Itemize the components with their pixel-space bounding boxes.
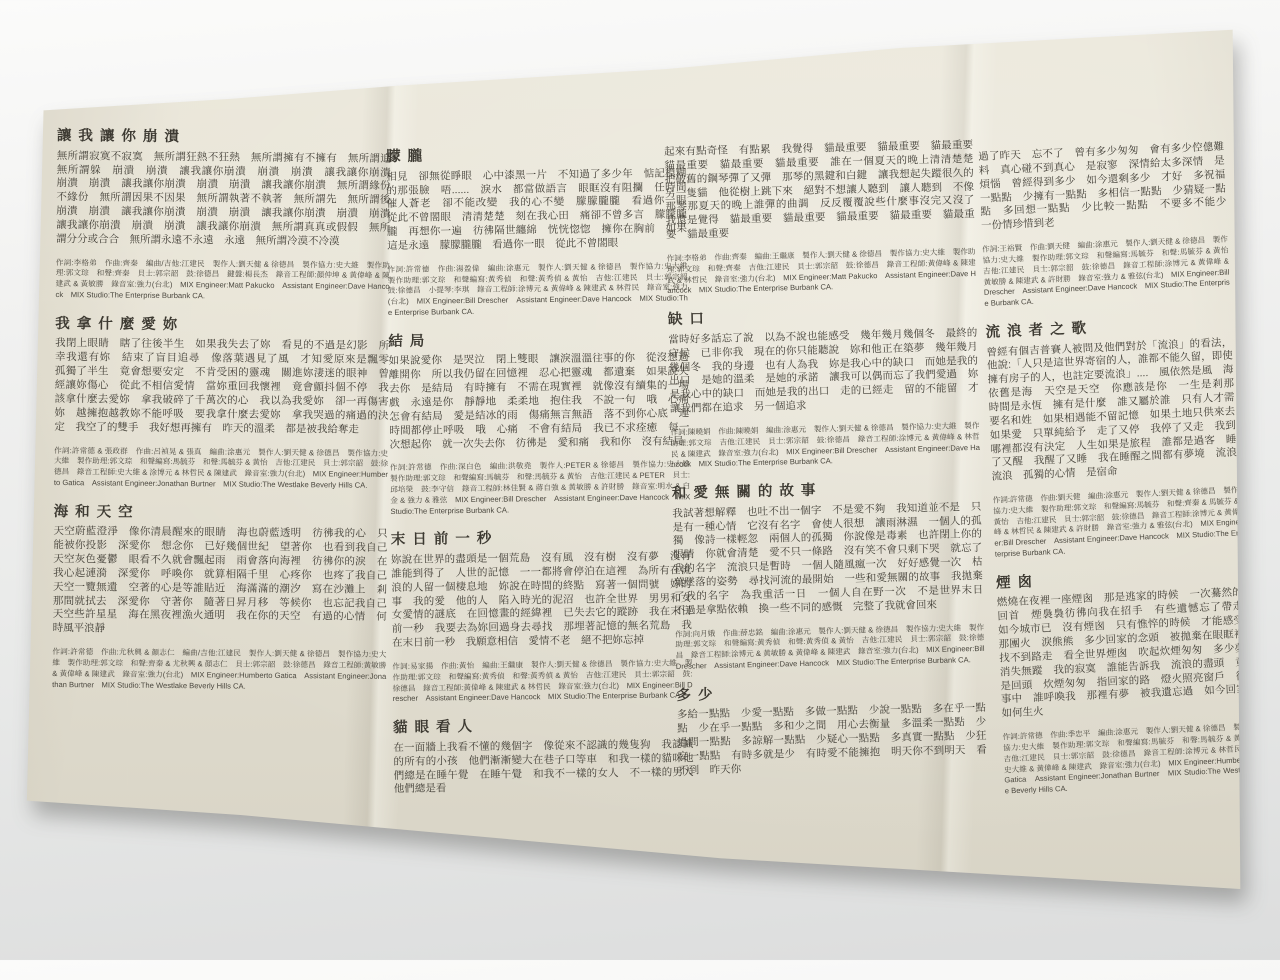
song-credits: 作詞:許常德 作曲:深白色 編曲:洪敬堯 製作人:PETER & 徐德昌 製作協… <box>390 460 691 518</box>
text-column-panel-3: 起來有點奇怪 有點累 我覺得 貓最重要 貓最重要 貓最重要 貓最重要 貓最重要 … <box>664 139 988 790</box>
song-lyrics: 妳說在世界的盡頭是一個荒島 沒有風 沒有樹 沒有夢 沒有誰能到得了 人世的記憶 … <box>391 550 692 651</box>
song-title: 末日前一秒 <box>391 529 691 549</box>
paper-shadow: 讓我讓你崩潰無所謂寂寞不寂寞 無所謂狂熱不狂熱 無所謂擁有不擁有 無所謂追 無所… <box>0 0 1280 960</box>
song-credits: 作詞:許常德 作曲:季忠平 編曲:涂惠元 製作人:劉天健 & 徐德昌 製作協力:… <box>1002 722 1250 797</box>
song-lyrics: 多給一點點 少愛一點點 多做一點點 少說一點點 多在乎一點點 少在乎一點點 多和… <box>677 702 987 778</box>
song-credits: 作詞:李格弟 作曲:齊秦 編曲/吉他:江建民 製作人:劉天健 & 徐德昌 製作協… <box>55 258 389 304</box>
song-credits: 作詞:陳曉娟 作曲:陳曉娟 編曲:涂惠元 製作人:劉天健 & 徐德昌 製作協力:… <box>670 421 980 471</box>
song-lyrics: 曾經有個吉普賽人被問及他們對於「流浪」的看法， 他說:「人只是這世界寄宿的人，誰… <box>986 336 1238 485</box>
text-column-panel-2: 朦朧相見 卻無從睜眼 心中漆黑一片 不知過了多少年 惦記模糊的那張臉 唔....… <box>386 145 694 808</box>
text-column-panel-1: 讓我讓你崩潰無所謂寂寞不寂寞 無所謂狂熱不狂熱 無所謂擁有不擁有 無所謂追 無所… <box>52 128 391 708</box>
song-lyrics: 在一面牆上我看不懂的幾個字 像從來不認識的幾隻狗 我認識的所有的小孩 他們漸漸變… <box>393 738 694 797</box>
song-lyrics: 過了昨天 忘不了 曾有多少匆匆 會有多少倥傯難料 真心碰不到真心 是寂寥 深情給… <box>978 141 1227 234</box>
song-lyrics: 起來有點奇怪 有點累 我覺得 貓最重要 貓最重要 貓最重要 貓最重要 貓最重要 … <box>664 139 975 243</box>
song-title: 多少 <box>676 681 985 705</box>
song-lyrics: 我試著想解釋 也吐不出一個字 不是愛不夠 我知道並不是 只是有一種心情 它沒有名… <box>672 501 983 619</box>
song-title: 海和天空 <box>54 504 388 524</box>
song-credits: 作詞:許常德 作曲:湯盈偉 編曲:涂惠元 製作人:劉天健 & 徐德昌 製作協力:… <box>387 261 688 319</box>
song-lyrics: 天空蔚藍澄淨 像你清晨醒來的眼睛 海也蔚藍透明 彷彿我的心 只能被你投影 深愛你… <box>53 525 388 639</box>
song-credits: 作詞:易家揚 作曲:黃怡 編曲:王繼康 製作人:劉天健 & 徐德昌 製作協力:史… <box>392 658 693 705</box>
song-title: 讓我讓你崩潰 <box>57 128 391 148</box>
song-credits: 作詞:許常德 作曲:劉天健 編曲:涂惠元 製作人:劉天健 & 徐德昌 製作協力:… <box>992 486 1240 561</box>
lyrics-sheet: 讓我讓你崩潰無所謂寂寞不寂寞 無所謂狂熱不狂熱 無所謂擁有不擁有 無所謂追 無所… <box>0 0 1280 960</box>
song-lyrics: 我閉上眼睛 瞎了往後半生 如果我失去了妳 看見的不過是幻影 所幸我還有妳 結束了… <box>54 337 389 437</box>
text-column-panel-4: 過了昨天 忘不了 曾有多少匆匆 會有多少倥傯難料 真心碰不到真心 是寂寥 深情給… <box>978 141 1252 813</box>
song-title: 我拿什麼愛妳 <box>55 316 389 336</box>
song-title: 結局 <box>388 330 688 350</box>
song-credits: 作詞:向月娥 作曲:薛忠銘 編曲:涂惠元 製作人:劉天健 & 徐德昌 製作協力:… <box>675 623 985 673</box>
song-title: 缺口 <box>668 305 977 329</box>
song-credits: 作詞:李格弟 作曲:齊秦 編曲:王繼康 製作人:劉天健 & 徐德昌 製作協力:史… <box>666 247 976 297</box>
song-lyrics: 無所謂寂寞不寂寞 無所謂狂熱不狂熱 無所謂擁有不擁有 無所謂追 無所謂躲 崩潰 … <box>56 150 391 250</box>
song-lyrics: 當時好多話忘了說 以為不說也能感受 幾年幾月幾個冬 最終的守候 已非你我 現在的… <box>668 327 979 417</box>
song-title: 貓眼看人 <box>393 716 693 736</box>
song-credits: 作詞:許常德 作曲:尤秋興 & 顏志仁 編曲/吉他:江建民 製作人:劉天健 & … <box>52 647 386 693</box>
song-lyrics: 燃燒在夜裡一座煙囪 那是逃家的時候 一次驀然的回首 煙裊裊彷彿向我在招手 有些遺… <box>997 587 1248 722</box>
song-credits: 作詞:王裕賢 作曲:劉天健 編曲:涂惠元 製作人:劉天健 & 徐德昌 製作協力:… <box>982 235 1230 310</box>
song-title: 和愛無關的故事 <box>672 479 981 503</box>
song-lyrics: 相見 卻無從睜眼 心中漆黑一片 不知過了多少年 惦記模糊的那張臉 唔......… <box>386 167 687 254</box>
song-lyrics: 如果說愛你 是哭泣 閉上雙眼 讓淚溫溫往事的你 從沒想過離開你 所以我仍留在回憶… <box>389 352 690 453</box>
song-credits: 作詞:許常德 & 張政群 作曲:呂禎晃 & 張真 編曲:涂惠元 製作人:劉天健 … <box>54 445 388 491</box>
song-title: 朦朧 <box>386 145 686 165</box>
